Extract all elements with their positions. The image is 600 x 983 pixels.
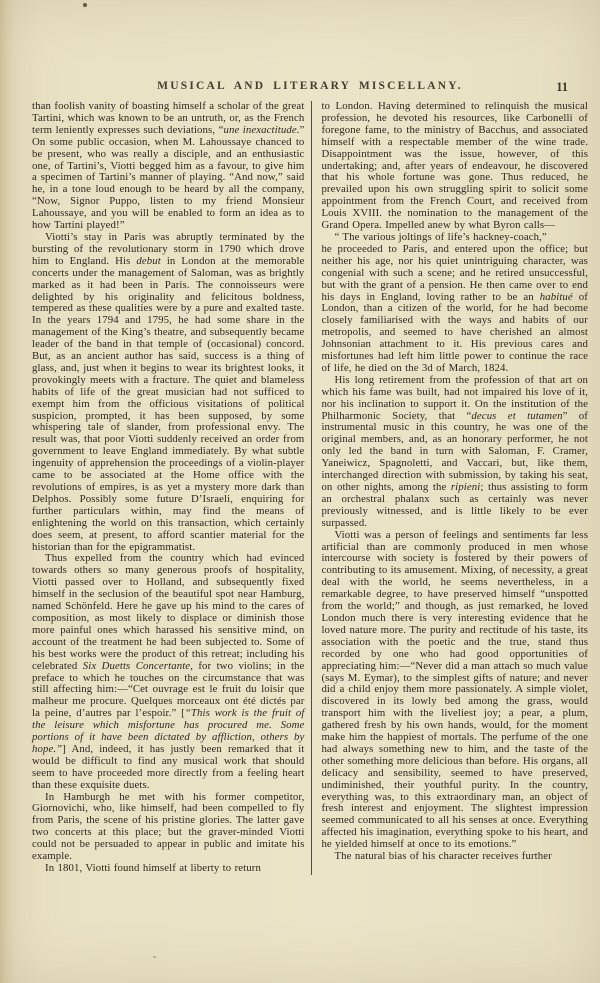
page-number: 11	[556, 80, 568, 95]
paragraph: Viotti was a person of feelings and sent…	[321, 530, 588, 851]
paragraph: than foolish vanity of boasting himself …	[32, 101, 304, 232]
paragraph: to London. Having determined to relinqui…	[321, 101, 588, 232]
italic-text-run: Six Duetts Concertante	[83, 660, 190, 672]
italic-text-run: debut	[136, 255, 161, 267]
text-run: ” On some public occasion, when M. Lahou…	[32, 124, 304, 231]
paragraph: Thus expelled from the country which had…	[32, 553, 304, 791]
column-left: than foolish vanity of boasting himself …	[32, 101, 312, 875]
paragraph: The natural bias of his character receiv…	[321, 851, 588, 863]
text-run: In Hamburgh he met with his former compe…	[32, 791, 304, 863]
paragraph: In Hamburgh he met with his former compe…	[32, 792, 304, 863]
text-run: ] And, indeed, it has justly been remark…	[32, 743, 304, 791]
text-run: In 1801, Viotti found himself at liberty…	[45, 862, 261, 874]
text-run: to London. Having determined to relinqui…	[321, 100, 588, 231]
book-page: MUSICAL AND LITERARY MISCELLANY. 11 than…	[0, 0, 600, 983]
text-run: “ The various joltings of life’s hackney…	[334, 231, 546, 243]
scan-speck	[83, 3, 87, 7]
scan-speck	[153, 956, 156, 958]
italic-text-run: ripieni	[451, 481, 481, 493]
italic-text-run: habitué	[540, 291, 573, 303]
text-columns: than foolish vanity of boasting himself …	[32, 101, 588, 875]
page-header-title: MUSICAL AND LITERARY MISCELLANY.	[34, 80, 586, 92]
paragraph: he proceeded to Paris, and entered upon …	[321, 244, 588, 375]
text-run: The natural bias of his character receiv…	[334, 850, 551, 862]
italic-text-run: une inexactitude.	[223, 124, 299, 136]
column-right: to London. Having determined to relinqui…	[312, 101, 588, 875]
text-run: Thus expelled from the country which had…	[32, 552, 304, 671]
text-run: in London at the memorable concerts unde…	[32, 255, 304, 553]
paragraph: Viotti’s stay in Paris was abruptly term…	[32, 232, 304, 553]
italic-text-run: decus et tutamen	[471, 410, 562, 422]
text-run: of London, than a citizen of the world, …	[321, 291, 588, 374]
paragraph: His long retirement from the profession …	[321, 375, 588, 530]
paragraph: In 1801, Viotti found himself at liberty…	[32, 863, 304, 875]
text-run: Viotti was a person of feelings and sent…	[321, 529, 588, 851]
page-header: MUSICAL AND LITERARY MISCELLANY. 11	[34, 80, 586, 98]
